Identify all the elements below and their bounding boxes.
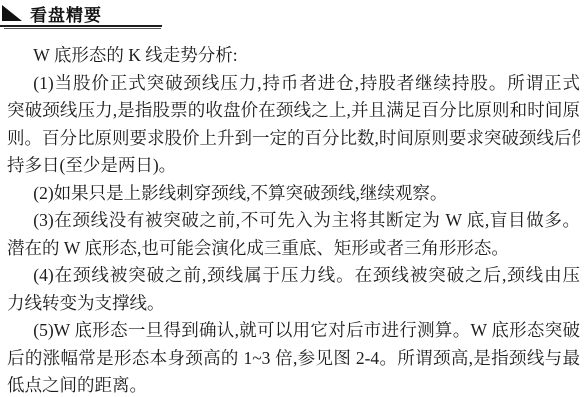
text-line: W 底形态的 K 线走势分析:	[7, 42, 580, 70]
text-line: 潜在的 W 底形态,也可能会演化成三重底、矩形或者三角形形态。	[7, 235, 580, 263]
text-line: (5)W 底形态一旦得到确认,就可以用它对后市进行测算。W 底形态突破	[7, 317, 580, 345]
text-line: (2)如果只是上影线刺穿颈线,不算突破颈线,继续观察。	[7, 180, 580, 208]
corner-triangle-icon	[2, 5, 22, 21]
text-line: 突破颈线压力,是指股票的收盘价在颈线之上,并且满足百分比原则和时间原	[7, 97, 580, 125]
text-line: 后的涨幅常是形态本身颈高的 1~3 倍,参见图 2-4。所谓颈高,是指颈线与最	[7, 345, 580, 373]
section-header-row: 看盘精要	[2, 4, 164, 22]
text-line: 力线转变为支撑线。	[7, 290, 580, 318]
text-line: 持多日(至少是两日)。	[7, 152, 580, 180]
section-header: 看盘精要	[0, 0, 164, 29]
header-rule-thin	[4, 28, 161, 29]
text-line: 低点之间的距离。	[7, 372, 580, 397]
text-line: 则。百分比原则要求股价上升到一定的百分比数,时间原则要求突破颈线后保	[7, 125, 580, 153]
section-title: 看盘精要	[30, 1, 102, 26]
book-page: 看盘精要 W 底形态的 K 线走势分析:(1)当股价正式突破颈线压力,持币者进仓…	[0, 0, 586, 397]
text-line: (1)当股价正式突破颈线压力,持币者进仓,持股者继续持股。所谓正式	[7, 70, 580, 98]
text-line: (4)在颈线被突破之前,颈线属于压力线。在颈线被突破之后,颈线由压	[7, 262, 580, 290]
article-body: W 底形态的 K 线走势分析:(1)当股价正式突破颈线压力,持币者进仓,持股者继…	[7, 42, 580, 397]
text-line: (3)在颈线没有被突破之前,不可先入为主将其断定为 W 底,盲目做多。	[7, 207, 580, 235]
